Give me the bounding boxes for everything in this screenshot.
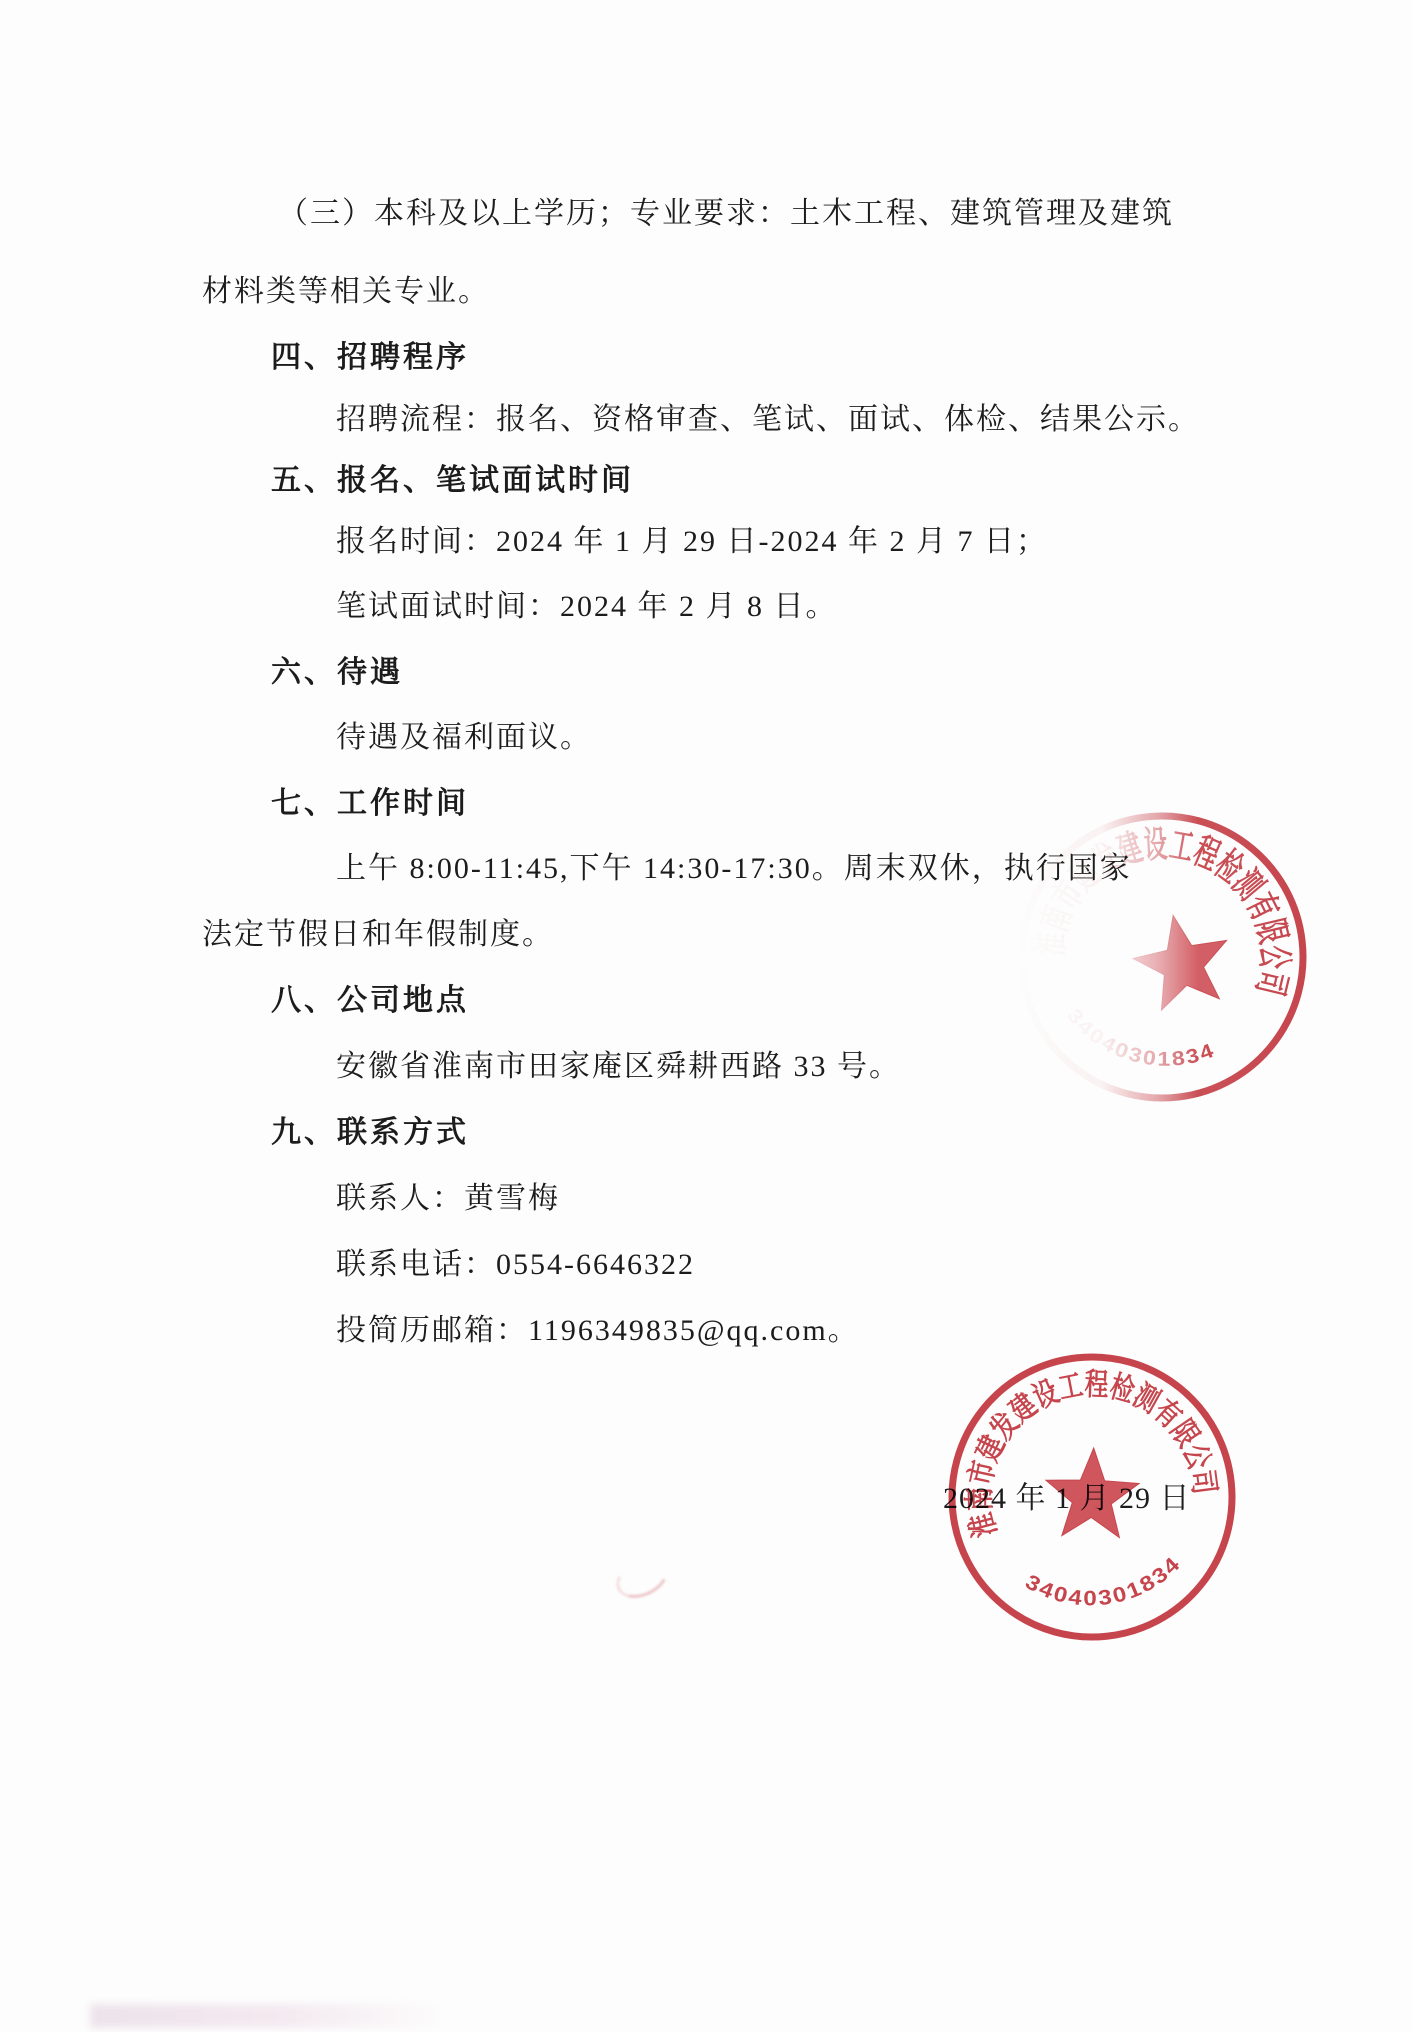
section7-line1: 上午 8:00-11:45,下午 14:30-17:30。周末双休，执行国家 (336, 852, 1132, 887)
bleedthrough-smudge (90, 2004, 450, 2028)
section5-title: 五、报名、笔试面试时间 (271, 464, 634, 499)
section4-title: 四、招聘程序 (271, 341, 469, 376)
section9-line3: 投简历邮箱：1196349835@qq.com。 (336, 1314, 860, 1349)
section5-line1: 报名时间：2024 年 1 月 29 日-2024 年 2 月 7 日； (336, 525, 1048, 560)
section7-title: 七、工作时间 (271, 787, 469, 822)
star-icon (1127, 911, 1228, 1017)
seal-code: 3404030183454 (1012, 807, 1284, 1087)
svg-text:3404030183454: 3404030183454 (1012, 807, 1284, 1087)
signature-date: 2024 年 1 月 29 日 (943, 1473, 1191, 1517)
section6-body: 待遇及福利面议。 (336, 721, 592, 756)
section8-title: 八、公司地点 (271, 984, 469, 1019)
seal-company-name: 淮南市建发建设工程检测有限公司 (1025, 807, 1312, 1021)
section5-line2: 笔试面试时间：2024 年 2 月 8 日。 (336, 590, 838, 625)
clause3-line2: 材料类等相关专业。 (202, 275, 490, 310)
section7-line2: 法定节假日和年假制度。 (202, 918, 554, 953)
ink-smudge (610, 1550, 674, 1605)
section9-line1: 联系人：黄雪梅 (336, 1182, 560, 1217)
section8-body: 安徽省淮南市田家庵区舜耕西路 33 号。 (336, 1050, 901, 1085)
section9-line2: 联系电话：0554-6646322 (336, 1248, 695, 1283)
svg-text:淮南市建发建设工程检测有限公司: 淮南市建发建设工程检测有限公司 (1025, 807, 1312, 1021)
clause3-line1: （三）本科及以上学历；专业要求：土木工程、建筑管理及建筑 (278, 197, 1174, 232)
section6-title: 六、待遇 (271, 656, 403, 691)
section9-title: 九、联系方式 (271, 1116, 469, 1151)
section4-body: 招聘流程：报名、资格审查、笔试、面试、体检、结果公示。 (336, 403, 1200, 438)
document-page: （三）本科及以上学历；专业要求：土木工程、建筑管理及建筑 材料类等相关专业。 四… (0, 0, 1412, 2032)
